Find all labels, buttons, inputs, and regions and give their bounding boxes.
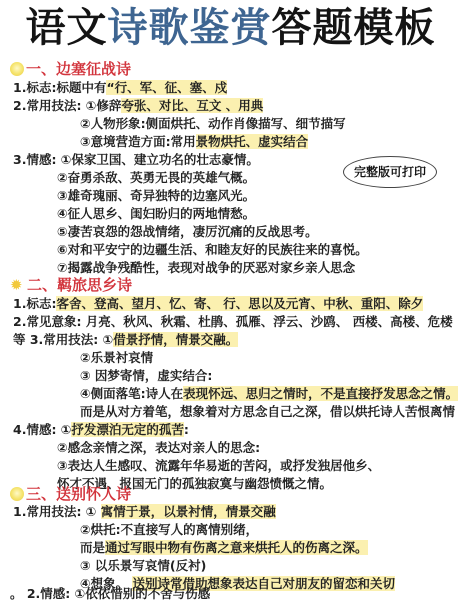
text-line: ③意境营造方面:常用景物烘托、虚实结合 bbox=[80, 133, 308, 151]
text-line: 而是通过写眼中物有伤离之意来烘托人的伤离之深。 bbox=[80, 539, 368, 557]
sparkle-icon: ✹ bbox=[10, 275, 26, 295]
text-line: ④征人思乡、闺妇盼归的两地情愁。 bbox=[57, 205, 255, 223]
text-line: ②感念亲情之深，表达对亲人的思念: bbox=[57, 439, 260, 457]
text-line: ③雄奇瑰丽、奇异独特的边塞风光。 bbox=[57, 187, 255, 205]
section-heading-1: 一、边塞征战诗 bbox=[10, 59, 131, 79]
title-part-3: 答题模板 bbox=[272, 5, 436, 51]
text-line: 。 2.情感: ①依依惜别的不舍与伤感 bbox=[10, 585, 210, 600]
text-line: 2.常用技法: ①修辞夸张、对比、互文 、用典 bbox=[13, 97, 263, 115]
text-line: ③ 以乐景写哀情(反衬) bbox=[80, 557, 206, 575]
section-title: 二、羁旅思乡诗 bbox=[27, 276, 132, 294]
text-line: ④侧面落笔:诗人在表现怀远、思归之情时，不是直接抒发思念之情。 bbox=[80, 385, 458, 403]
text-line: 2.常见意象: 月亮、秋风、秋霜、杜鹃、孤雁、浮云、沙鸥、 西楼、高楼、危楼 bbox=[13, 313, 453, 331]
text-line: ②乐景衬哀情 bbox=[80, 349, 153, 367]
lightbulb-icon bbox=[10, 62, 24, 76]
text-line: ②烘托:不直接写人的离情别绪， bbox=[80, 521, 258, 539]
text-line: ⑥对和平安宁的边疆生活、和睦友好的民族往来的喜悦。 bbox=[57, 241, 368, 259]
text-line: ②人物形象:侧面烘托、动作肖像描写、细节描写 bbox=[80, 115, 346, 133]
page-title: 语文诗歌鉴赏答题模板 bbox=[0, 4, 461, 52]
text-line: 等 3.常用技法: ①借景抒情，情景交融。 bbox=[13, 331, 238, 349]
text-line: 1.标志:客舍、登高、望月、忆、寄、 行、思以及元宵、中秋、重阳、除夕 bbox=[13, 295, 423, 313]
title-part-1: 语文 bbox=[26, 5, 108, 51]
printable-badge: 完整版可打印 bbox=[343, 156, 437, 188]
lightbulb-icon bbox=[10, 487, 24, 501]
text-line: 而是从对方着笔，想象着对方思念自己之深，借以烘托诗人苦恨离情 bbox=[80, 403, 455, 421]
text-line: ②奋勇杀敌、英勇无畏的英雄气概。 bbox=[57, 169, 255, 187]
section-heading-3: 三、送别怀人诗 bbox=[10, 484, 131, 504]
text-line: ⑤凄苦哀怨的怨战情绪，凄厉沉痛的反战思考。 bbox=[57, 223, 318, 241]
text-line: ③表达人生感叹、流露年华易逝的苦闷，或抒发独居他乡、 bbox=[57, 457, 380, 475]
text-line: 3.情感: ①保家卫国、建立功名的壮志豪情。 bbox=[13, 151, 259, 169]
section-title: 一、边塞征战诗 bbox=[26, 60, 131, 78]
text-line: 4.情感: ①抒发漂泊无定的孤苦: bbox=[13, 421, 189, 439]
text-line: 1.标志:标题中有“行、军、征、塞、戍 bbox=[13, 79, 227, 97]
section-title: 三、送别怀人诗 bbox=[26, 485, 131, 503]
title-part-2: 诗歌鉴赏 bbox=[108, 5, 272, 51]
section-heading-2: ✹二、羁旅思乡诗 bbox=[10, 275, 132, 295]
text-line: ③ 因梦寄情，虚实结合: bbox=[80, 367, 212, 385]
text-line: 1.常用技法: ① 寓情于景，以景衬情，情景交融 bbox=[13, 503, 276, 521]
